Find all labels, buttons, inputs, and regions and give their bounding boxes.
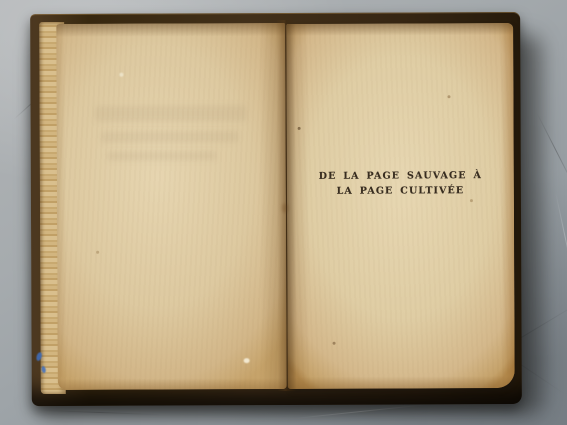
show-through-smudge — [101, 131, 239, 143]
photo-scene: DE LA PAGE SAUVAGE À LA PAGE CULTIVÉE — [0, 0, 567, 425]
left-page — [56, 23, 287, 390]
half-title-line-2: LA PAGE CULTIVÉE — [287, 183, 514, 198]
show-through-smudge — [107, 151, 217, 160]
show-through-smudge — [95, 105, 247, 122]
right-page: DE LA PAGE SAUVAGE À LA PAGE CULTIVÉE — [286, 23, 515, 389]
half-title-text: DE LA PAGE SAUVAGE À LA PAGE CULTIVÉE — [287, 169, 514, 199]
half-title-line-1: DE LA PAGE SAUVAGE À — [287, 169, 514, 184]
book: DE LA PAGE SAUVAGE À LA PAGE CULTIVÉE — [0, 0, 567, 425]
